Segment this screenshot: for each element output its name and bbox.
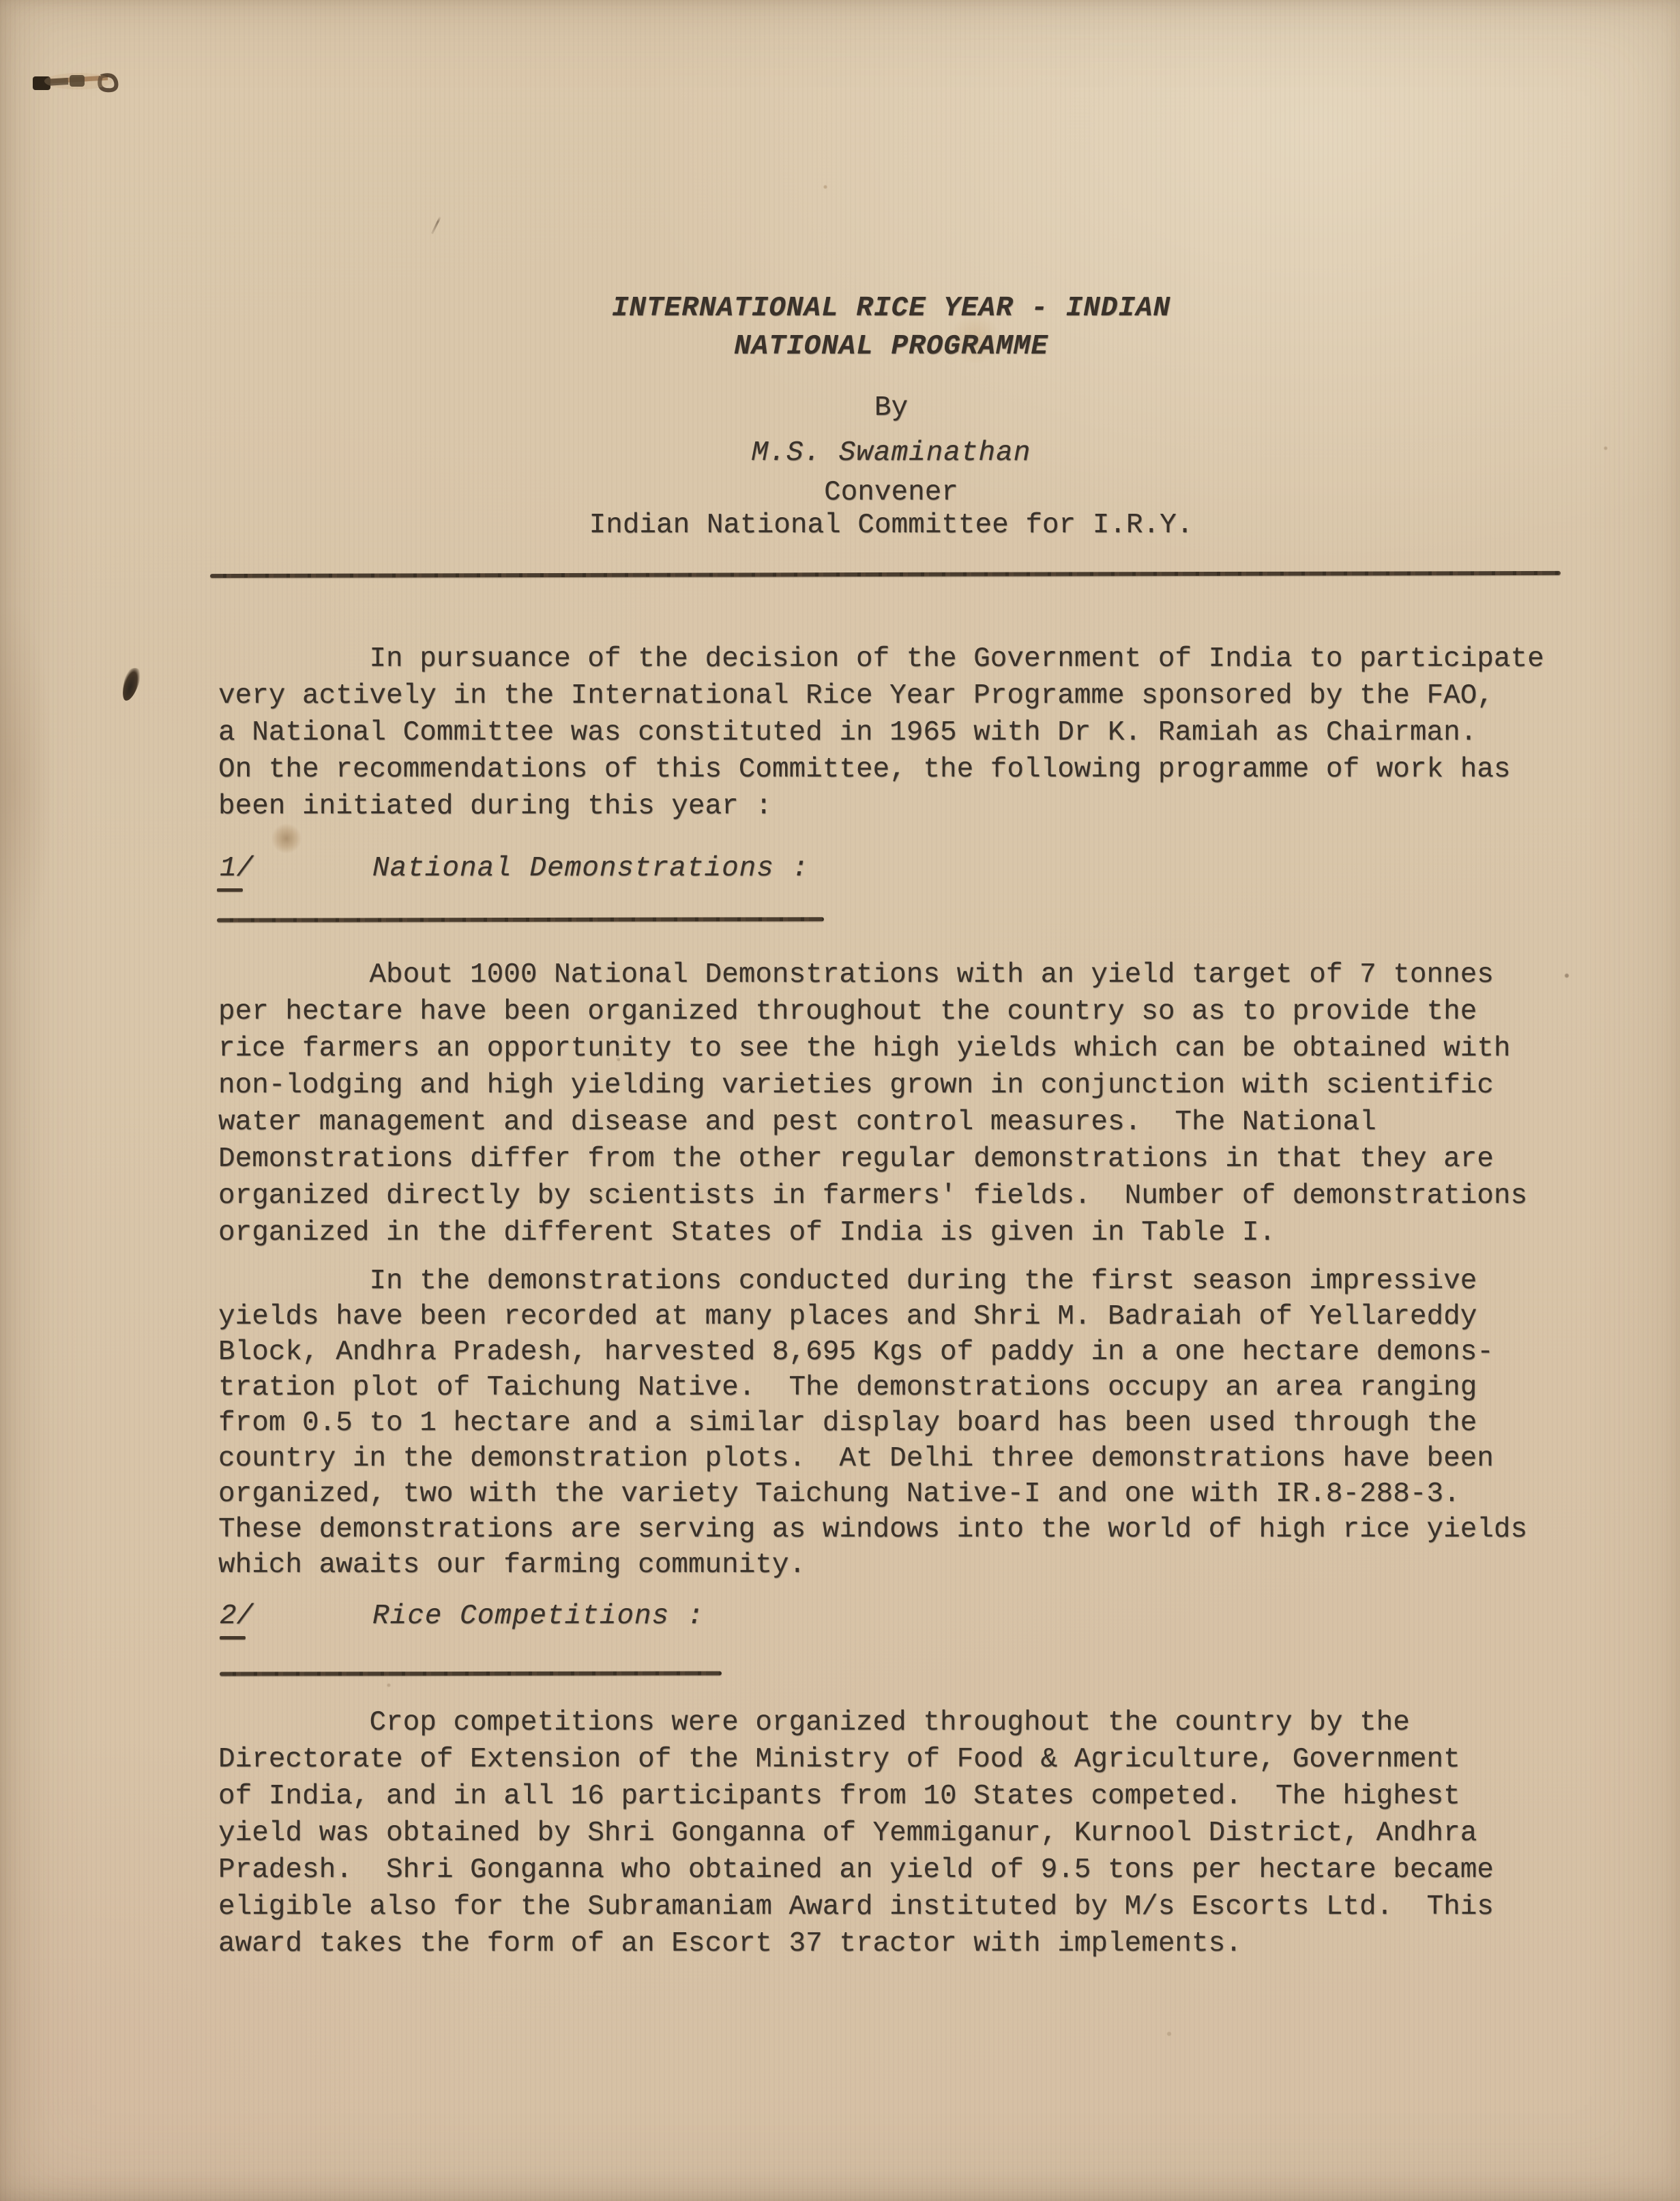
paper-stain-small xyxy=(271,823,301,854)
document-title-line2: NATIONAL PROGRAMME xyxy=(51,327,1680,366)
section-2-title: Rice Competitions : xyxy=(372,1598,704,1635)
pencil-tick-mark xyxy=(431,216,441,234)
byline: By xyxy=(51,389,1680,427)
staple-mark xyxy=(27,63,130,104)
section-1-rule xyxy=(217,917,824,922)
ink-blot-mark xyxy=(119,666,143,703)
section-2-rule xyxy=(220,1671,722,1676)
dust-specks xyxy=(0,0,3,3)
paper-stain-left-edge xyxy=(0,600,55,955)
section-1-paragraph-2: In the demonstrations conducted during t… xyxy=(218,1264,1527,1583)
author-name: M.S. Swaminathan xyxy=(51,434,1680,472)
header-rule xyxy=(210,571,1561,578)
scanned-document-page: INTERNATIONAL RICE YEAR - INDIAN NATIONA… xyxy=(0,0,1680,2201)
section-1-title: National Demonstrations : xyxy=(372,850,809,887)
section-1-paragraph-1: About 1000 National Demonstrations with … xyxy=(218,957,1527,1251)
section-1-number-underline xyxy=(217,888,243,892)
author-committee: Indian National Committee for I.R.Y. xyxy=(51,506,1680,544)
section-2-paragraph-1: Crop competitions were organized through… xyxy=(218,1704,1494,1962)
section-2-number-underline xyxy=(220,1636,246,1639)
intro-paragraph: In pursuance of the decision of the Gove… xyxy=(218,641,1544,825)
section-2-number: 2/ xyxy=(220,1598,253,1635)
document-title-line1: INTERNATIONAL RICE YEAR - INDIAN xyxy=(51,289,1680,327)
section-1-number: 1/ xyxy=(220,850,253,887)
